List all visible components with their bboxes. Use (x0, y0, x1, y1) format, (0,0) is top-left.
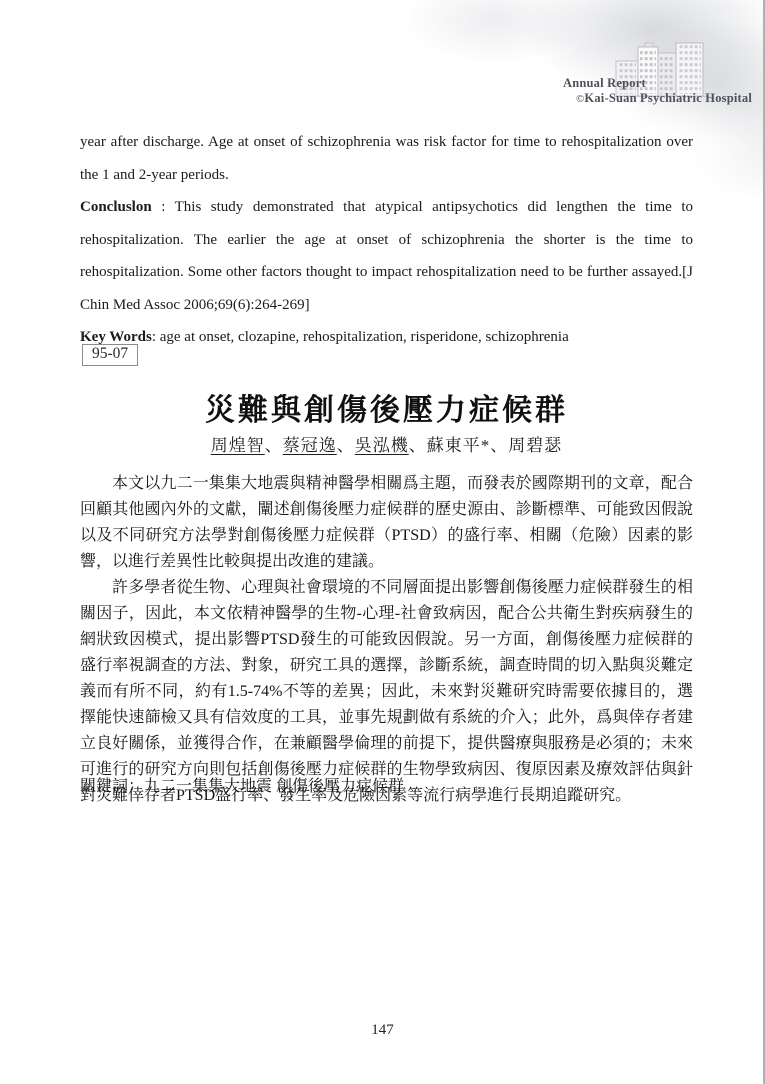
conclusion-label: Concluslon (80, 199, 152, 215)
report-page: Annual Report ©Kai-Suan Psychiatric Hosp… (0, 0, 765, 1084)
keywords-paragraph: Key Words: age at onset, clozapine, reho… (80, 321, 693, 354)
author-separator: 、 (337, 436, 355, 455)
article-id-badge: 95-07 (82, 344, 138, 366)
conclusion-paragraph: Concluslon : This study demonstrated tha… (80, 191, 693, 321)
cloud-texture (520, 0, 765, 100)
logo-line2: ©Kai-Suan Psychiatric Hospital (576, 91, 752, 107)
hospital-logo-text: Annual Report ©Kai-Suan Psychiatric Hosp… (563, 76, 752, 107)
logo-line1: Annual Report (563, 76, 752, 91)
author-separator: 、 (265, 436, 283, 455)
keywords-text: : age at onset, clozapine, rehospitaliza… (152, 329, 569, 345)
abstract-paragraph: 本文以九二一集集大地震與精神醫學相關爲主題，而發表於國際期刊的文章，配合回顧其他… (80, 471, 693, 575)
cloud-texture (400, 0, 590, 65)
english-abstract-section: year after discharge. Age at onset of sc… (80, 126, 693, 354)
logo-line2-text: Kai-Suan Psychiatric Hospital (584, 91, 752, 105)
author-separator: 、 (490, 436, 508, 455)
author-name: 蔡冠逸 (283, 436, 337, 455)
conclusion-text: : This study demonstrated that atypical … (80, 199, 693, 313)
page-number: 147 (0, 1022, 765, 1039)
authors-line: 周煌智、蔡冠逸、吳泓機、蘇東平*、周碧瑟 (80, 431, 693, 456)
hospital-building-illustration (614, 38, 712, 100)
keywords-label: Key Words (80, 329, 152, 345)
chinese-keywords-line: 關鍵詞：九二一集集大地震 創傷後壓力症候群 (80, 773, 693, 796)
article-title: 災難與創傷後壓力症候群 (80, 385, 693, 429)
abstract-continuation-paragraph: year after discharge. Age at onset of sc… (80, 126, 693, 191)
chinese-abstract-section: 本文以九二一集集大地震與精神醫學相關爲主題，而發表於國際期刊的文章，配合回顧其他… (80, 471, 693, 809)
author-name: 吳泓機 (355, 436, 409, 455)
author-name: 蘇東平* (427, 436, 491, 455)
author-name: 周煌智 (211, 436, 265, 455)
author-name: 周碧瑟 (508, 436, 562, 455)
copyright-icon: © (576, 93, 584, 105)
author-separator: 、 (409, 436, 427, 455)
